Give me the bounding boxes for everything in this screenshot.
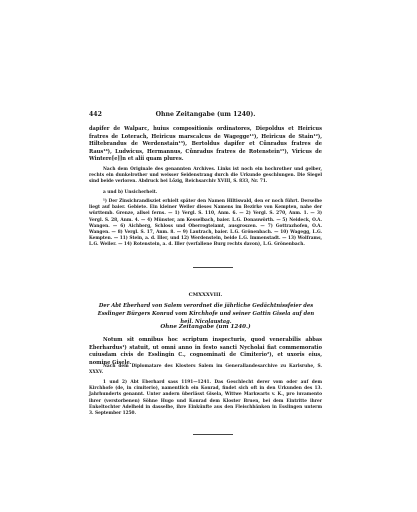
running-header: 442 Ohne Zeitangabe (um 1240). (89, 111, 322, 121)
footnotes-1: ¹) Der Zinsichrandisziet erhielt später … (89, 199, 322, 249)
continuation-paragraph: dapifer de Walparc, huius compositionis … (89, 126, 322, 164)
book-page: 442 Ohne Zeitangabe (um 1240). dapifer d… (0, 0, 417, 512)
running-title: Ohne Zeitangabe (um 1240). (89, 111, 322, 118)
document-number: CMXXXVIII. (89, 292, 322, 298)
document-summary: Der Abt Eberhard von Salem verordnet die… (94, 302, 318, 326)
document-body: Notum sit omnibus hoc scriptum inspectur… (89, 337, 322, 367)
document-date: Ohne Zeitangabe (um 1240.) (89, 324, 322, 330)
end-divider (193, 434, 233, 435)
document-source-note: Nach dem Diplomatare des Klosters Salem … (89, 364, 322, 376)
variant-note: a und b) Unsicherheit. (89, 190, 322, 196)
section-divider (193, 267, 233, 268)
document-footnotes: 1 und 2) Abt Eberhard sass 1191—1241. Da… (89, 380, 322, 417)
source-note-1: Nach dem Originale des genannten Archive… (89, 167, 322, 186)
